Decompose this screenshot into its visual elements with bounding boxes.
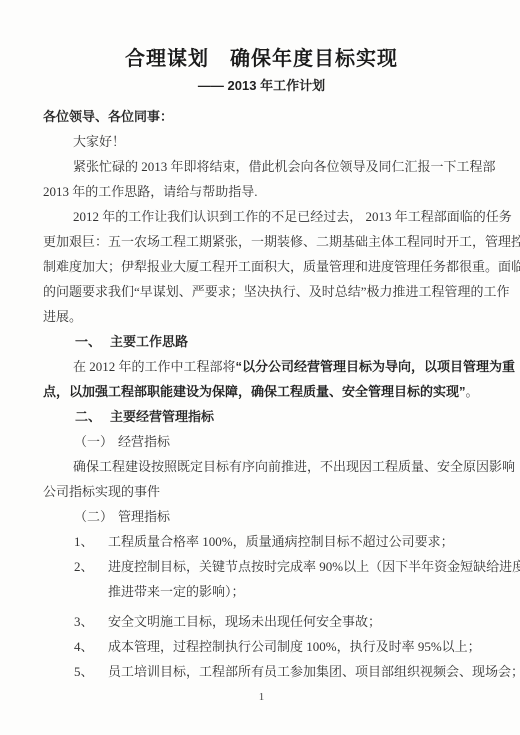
line-text: 安全文明施工目标，现场未出现任何安全事故； <box>108 614 381 629</box>
line-text: 在 2012 年的工作中工程部将 <box>73 359 236 374</box>
doc-line: （一）经营指标 <box>43 429 480 454</box>
line-label: 4、 <box>74 634 108 659</box>
page-title: 合理谋划 确保年度目标实现 <box>43 44 480 74</box>
document-page: 合理谋划 确保年度目标实现 —— 2013 年工作计划 各位领导、各位同事：大家… <box>0 0 520 735</box>
doc-line: 一、主要工作思路 <box>43 329 480 354</box>
line-text: 主要工作思路 <box>110 334 188 349</box>
document-body: 各位领导、各位同事：大家好！紧张忙碌的 2013 年即将结束，借此机会向各位领导… <box>43 104 480 684</box>
doc-line: 5、员工培训目标，工程部所有员工参加集团、项目部组织视频会、现场会； <box>43 659 480 684</box>
line-text: 管理指标 <box>118 509 170 524</box>
line-text: 紧张忙碌的 2013 年即将结束，借此机会向各位领导及同仁汇报一下工程部 <box>73 159 496 174</box>
line-text: 经营指标 <box>118 434 170 449</box>
doc-line: 紧张忙碌的 2013 年即将结束，借此机会向各位领导及同仁汇报一下工程部 <box>43 154 480 179</box>
doc-line: 大家好！ <box>43 129 480 154</box>
doc-line: 3、安全文明施工目标，现场未出现任何安全事故； <box>43 609 480 634</box>
line-text: 工程质量合格率 100%，质量通病控制目标不超过公司要求； <box>108 534 454 549</box>
doc-line: 点，以加强工程部职能建设为保障，确保工程质量、安全管理目标的实现”。 <box>43 379 480 404</box>
doc-line: 公司指标实现的事件 <box>43 479 480 504</box>
line-text: 公司指标实现的事件 <box>43 484 160 499</box>
line-text: 。 <box>466 384 479 399</box>
line-text: 更加艰巨：五一农场工程工期紧张，一期装修、二期基础主体工程同时开工，管理控 <box>43 234 520 249</box>
doc-line: 的问题要求我们“早谋划、严要求；坚决执行、及时总结”极力推进工程管理的工作 <box>43 279 480 304</box>
line-label: 1、 <box>74 529 108 554</box>
doc-line: 各位领导、各位同事： <box>43 104 480 129</box>
line-text: 主要经营管理指标 <box>110 409 214 424</box>
document-content: 合理谋划 确保年度目标实现 —— 2013 年工作计划 各位领导、各位同事：大家… <box>0 0 520 705</box>
line-text: 确保工程建设按照既定目标有序向前推进，不出现因工程质量、安全原因影响 <box>73 459 515 474</box>
doc-line: 4、成本管理，过程控制执行公司制度 100%，执行及时率 95%以上； <box>43 634 480 659</box>
line-label: 2、 <box>74 554 108 579</box>
line-text: 推进带来一定的影响）； <box>108 584 245 599</box>
page-number: 1 <box>43 689 480 705</box>
doc-line: 2013 年的工作思路，请给与帮助指导. <box>43 179 480 204</box>
line-text: 点，以加强工程部职能建设为保障，确保工程质量、安全管理目标的实现” <box>43 384 466 399</box>
line-label: （一） <box>74 434 113 449</box>
doc-line: 进展。 <box>43 304 480 329</box>
line-text: 大家好！ <box>73 134 125 149</box>
line-text: 2012 年的工作让我们认识到工作的不足已经过去， 2013 年工程部面临的任务 <box>73 209 512 224</box>
line-text: 2013 年的工作思路，请给与帮助指导. <box>43 184 258 199</box>
doc-line: 制难度加大；伊犁报业大厦工程开工面积大，质量管理和进度管理任务都很重。面临 <box>43 254 480 279</box>
line-text: 制难度加大；伊犁报业大厦工程开工面积大，质量管理和进度管理任务都很重。面临 <box>43 259 520 274</box>
doc-line: 2012 年的工作让我们认识到工作的不足已经过去， 2013 年工程部面临的任务 <box>43 204 480 229</box>
doc-line: （二）管理指标 <box>43 504 480 529</box>
line-label: 3、 <box>74 609 108 634</box>
page-subtitle: —— 2013 年工作计划 <box>43 76 480 96</box>
doc-line: 确保工程建设按照既定目标有序向前推进，不出现因工程质量、安全原因影响 <box>43 454 480 479</box>
line-text: 进展。 <box>43 309 82 324</box>
line-label: 一、 <box>75 334 101 349</box>
line-text: 的问题要求我们“早谋划、严要求；坚决执行、及时总结”极力推进工程管理的工作 <box>43 284 510 299</box>
doc-line: 2、进度控制目标，关键节点按时完成率 90%以上（因下半年资金短缺给进度 <box>43 554 480 579</box>
doc-line: 1、工程质量合格率 100%，质量通病控制目标不超过公司要求； <box>43 529 480 554</box>
doc-line: 更加艰巨：五一农场工程工期紧张，一期装修、二期基础主体工程同时开工，管理控 <box>43 229 480 254</box>
line-label: 二、 <box>75 409 101 424</box>
doc-line: 在 2012 年的工作中工程部将“以分公司经营管理目标为导向，以项目管理为重 <box>43 354 480 379</box>
line-text: 员工培训目标，工程部所有员工参加集团、项目部组织视频会、现场会； <box>108 664 520 679</box>
doc-line: 推进带来一定的影响）； <box>43 579 480 604</box>
line-text: 进度控制目标，关键节点按时完成率 90%以上（因下半年资金短缺给进度 <box>108 559 520 574</box>
line-label: （二） <box>74 509 113 524</box>
line-text: “以分公司经营管理目标为导向，以项目管理为重 <box>236 359 516 374</box>
line-text: 各位领导、各位同事： <box>43 109 173 124</box>
doc-line: 二、主要经营管理指标 <box>43 404 480 429</box>
line-label: 5、 <box>74 659 108 684</box>
line-text: 成本管理，过程控制执行公司制度 100%，执行及时率 95%以上； <box>108 639 481 654</box>
